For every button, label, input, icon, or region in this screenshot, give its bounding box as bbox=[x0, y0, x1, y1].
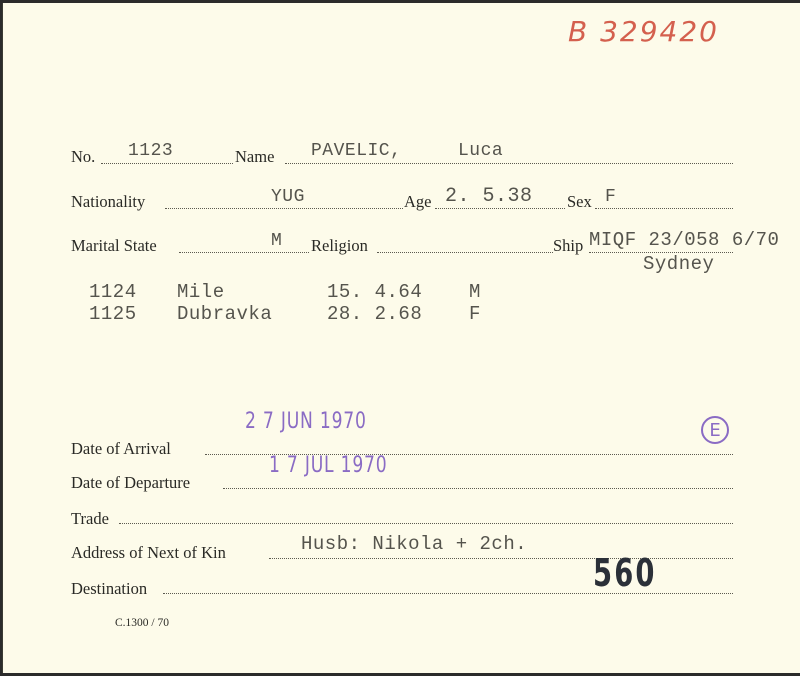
name-label: Name bbox=[235, 147, 274, 167]
dependent-no: 1125 bbox=[89, 303, 137, 325]
trade-label: Trade bbox=[71, 509, 109, 529]
e-circle-stamp: E bbox=[701, 416, 729, 444]
next-of-kin-line bbox=[269, 558, 733, 559]
date-of-arrival-label: Date of Arrival bbox=[71, 439, 171, 459]
form-code: C.1300 / 70 bbox=[115, 617, 169, 629]
dependent-sex: M bbox=[469, 281, 481, 303]
nationality-label: Nationality bbox=[71, 192, 145, 212]
dependent-dob: 15. 4.64 bbox=[327, 281, 422, 303]
marital-state-line bbox=[179, 252, 309, 253]
ship-label: Ship bbox=[553, 236, 583, 256]
next-of-kin-value: Husb: Nikola + 2ch. bbox=[301, 533, 527, 555]
dependent-dob: 28. 2.68 bbox=[327, 303, 422, 325]
nationality-value: YUG bbox=[271, 187, 305, 207]
marital-state-label: Marital State bbox=[71, 236, 157, 256]
ship-port: Sydney bbox=[643, 253, 714, 275]
destination-line bbox=[163, 593, 733, 594]
no-line bbox=[101, 163, 233, 164]
marital-state-value: M bbox=[271, 231, 282, 251]
departure-date-stamp: 1 7 JUL 1970 bbox=[269, 453, 387, 478]
dependent-name: Mile bbox=[177, 281, 225, 303]
no-value: 1123 bbox=[128, 141, 173, 161]
reference-number: B 329420 bbox=[568, 15, 719, 48]
date-of-departure-line bbox=[223, 488, 733, 489]
name-line bbox=[285, 163, 733, 164]
sex-label: Sex bbox=[567, 192, 592, 212]
age-label: Age bbox=[404, 192, 432, 212]
destination-label: Destination bbox=[71, 579, 147, 599]
age-value: 2. 5.38 bbox=[445, 185, 533, 208]
trade-line bbox=[119, 523, 733, 524]
dependent-no: 1124 bbox=[89, 281, 137, 303]
dependent-sex: F bbox=[469, 303, 481, 325]
sex-value: F bbox=[605, 187, 616, 207]
sex-line bbox=[595, 208, 733, 209]
box-number-stamp: 560 bbox=[593, 551, 657, 595]
ship-value: MIQF 23/058 6/70 bbox=[589, 229, 779, 251]
name-surname: PAVELIC, bbox=[311, 141, 401, 161]
arrival-date-stamp: 2 7 JUN 1970 bbox=[245, 409, 367, 434]
dependent-name: Dubravka bbox=[177, 303, 272, 325]
name-given: Luca bbox=[458, 141, 503, 161]
nationality-line bbox=[165, 208, 403, 209]
age-line bbox=[435, 208, 565, 209]
religion-line bbox=[377, 252, 553, 253]
next-of-kin-label: Address of Next of Kin bbox=[71, 543, 226, 563]
religion-label: Religion bbox=[311, 236, 368, 256]
date-of-departure-label: Date of Departure bbox=[71, 473, 190, 493]
immigration-card: B 329420 No. 1123 Name PAVELIC, Luca Nat… bbox=[2, 3, 800, 673]
no-label: No. bbox=[71, 147, 95, 167]
